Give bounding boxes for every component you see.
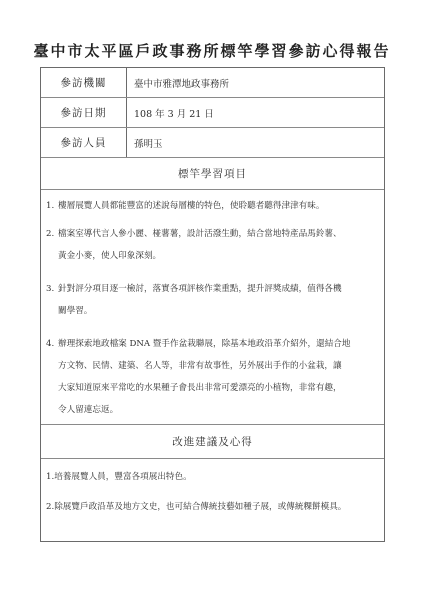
info-label: 參訪人員 bbox=[41, 128, 127, 157]
item-text: 培養展覽人員，豐富各項展出特色。 bbox=[54, 472, 192, 482]
item-text: 黃金小麥，使人印象深刻。 bbox=[46, 245, 381, 267]
item-text: 針對評分項目逐一檢討，落實各項評核作業重點，提升評獎成績，值得各機 bbox=[58, 284, 342, 294]
item-text: 檔案室導代言人參小麗、椪薯薯，設計活潑生動，結合當地特產品馬鈴薯、 bbox=[58, 229, 342, 239]
info-label: 參訪日期 bbox=[41, 98, 127, 127]
section-heading-benchmark: 標竿學習項目 bbox=[41, 158, 384, 190]
section-heading-suggestions: 改進建議及心得 bbox=[41, 425, 384, 459]
item-number: 2. bbox=[46, 223, 58, 245]
item-text: 辦理探索地政檔案 DNA 暨手作盆栽聯展，除基本地政沿革介紹外，還結合地 bbox=[58, 339, 351, 349]
list-item: 2.除展覽戶政沿革及地方文史，也可結合傳統技藝如種子展，或傳統粿餅模具。 bbox=[46, 496, 381, 518]
list-item: 1.樓層展覽人員都能豐富的述說每層樓的特色，使聆聽者聽得津津有味。 bbox=[46, 195, 381, 217]
item-text: 關學習。 bbox=[46, 300, 381, 322]
info-label: 參訪機關 bbox=[41, 68, 127, 97]
list-item: 3.針對評分項目逐一檢討，落實各項評核作業重點，提升評獎成績，值得各機 關學習。 bbox=[46, 278, 381, 322]
info-row-agency: 參訪機關 臺中市雅潭地政事務所 bbox=[41, 68, 384, 98]
item-number: 2. bbox=[46, 502, 54, 512]
list-item: 4.辦理探索地政檔案 DNA 暨手作盆栽聯展，除基本地政沿革介紹外，還結合地 方… bbox=[46, 333, 381, 421]
item-number: 1. bbox=[46, 195, 58, 217]
info-value: 孫明玉 bbox=[134, 128, 163, 157]
item-text: 樓層展覽人員都能豐富的述說每層樓的特色，使聆聽者聽得津津有味。 bbox=[58, 201, 324, 211]
info-value: 臺中市雅潭地政事務所 bbox=[134, 68, 229, 97]
item-text: 方文物、民情、建築、名人等，非常有故事性，另外展出手作的小盆栽，讓 bbox=[46, 355, 381, 377]
item-number: 1. bbox=[46, 472, 54, 482]
item-text: 除展覽戶政沿革及地方文史，也可結合傳統技藝如種子展，或傳統粿餅模具。 bbox=[54, 502, 346, 512]
list-item: 1.培養展覽人員，豐富各項展出特色。 bbox=[46, 466, 381, 488]
info-row-date: 參訪日期 108 年 3 月 21 日 bbox=[41, 98, 384, 128]
item-number: 4. bbox=[46, 333, 58, 355]
info-value: 108 年 3 月 21 日 bbox=[134, 98, 214, 127]
item-text: 令人留連忘返。 bbox=[46, 399, 381, 421]
list-item: 2.檔案室導代言人參小麗、椪薯薯，設計活潑生動，結合當地特產品馬鈴薯、 黃金小麥… bbox=[46, 223, 381, 267]
report-table: 參訪機關 臺中市雅潭地政事務所 參訪日期 108 年 3 月 21 日 參訪人員… bbox=[40, 67, 385, 542]
item-number: 3. bbox=[46, 278, 58, 300]
info-row-personnel: 參訪人員 孫明玉 bbox=[41, 128, 384, 158]
document-title: 臺中市太平區戶政事務所標竿學習參訪心得報告 bbox=[0, 40, 424, 61]
item-text: 大家知道原來平常吃的水果種子會長出非常可愛漂亮的小植物，非常有趣， bbox=[46, 377, 381, 399]
